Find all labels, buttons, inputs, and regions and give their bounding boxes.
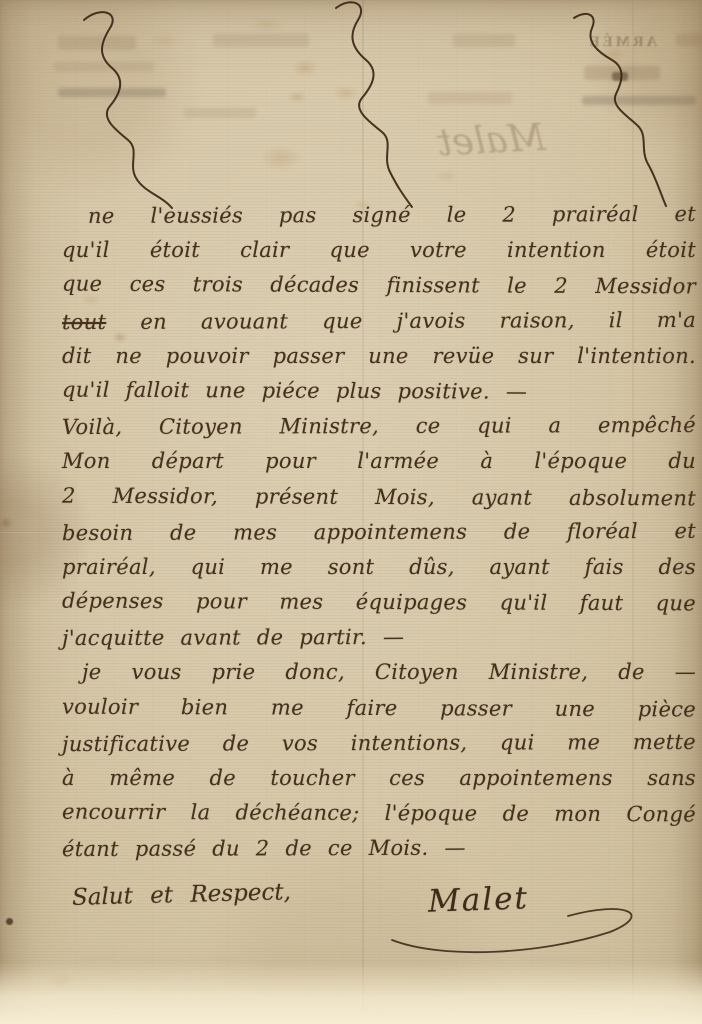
signature-name: Malet bbox=[427, 880, 529, 920]
letter-line: prairéal, qui me sont dûs, ayant fais de… bbox=[62, 550, 696, 585]
letter-line: Voilà, Citoyen Ministre, ce qui a empêch… bbox=[62, 408, 696, 445]
letter-line: besoin de mes appointemens de floréal et bbox=[62, 514, 696, 551]
closing-salutation: Salut et Respect, bbox=[72, 879, 291, 911]
letter-line: qu'il falloit une piéce plus positive. — bbox=[62, 373, 696, 411]
letter-line: vouloir bien me faire passer une pièce bbox=[62, 689, 696, 727]
ghost-print-smudge bbox=[58, 36, 136, 50]
ghost-rule-bar bbox=[58, 88, 166, 97]
stain bbox=[292, 60, 318, 76]
letter-line: Mon départ pour l'armée à l'époque du bbox=[62, 444, 696, 479]
stain bbox=[436, 170, 458, 182]
ghost-letterhead: ARMÉE Malet bbox=[0, 0, 702, 210]
letter-line: qu'il étoit clair que votre intention ét… bbox=[62, 233, 696, 268]
ghost-rule-bar bbox=[582, 96, 696, 105]
stain bbox=[288, 92, 306, 102]
letter-line: j'acquitte avant de partir. — bbox=[62, 619, 696, 656]
bottom-light-strip bbox=[0, 962, 702, 1024]
ghost-armee-text: ARMÉE bbox=[576, 34, 668, 54]
letter-scan-page: ARMÉE Malet ne l'eussiés pas signé le 2 … bbox=[0, 0, 702, 1024]
ghost-malet-script: Malet bbox=[385, 116, 548, 184]
ghost-print-smudge bbox=[428, 92, 512, 104]
stain bbox=[250, 18, 284, 32]
letter-line: encourrir la déchéance; l'époque de mon … bbox=[62, 795, 696, 833]
stain bbox=[602, 46, 626, 62]
ghost-print-smudge bbox=[184, 108, 256, 118]
letter-line: tout en avouant que j'avois raison, il m… bbox=[62, 302, 696, 339]
letter-line: ne l'eussiés pas signé le 2 prairéal et bbox=[62, 197, 696, 234]
ink-dot bbox=[6, 918, 13, 925]
stain bbox=[260, 146, 302, 170]
letter-line: dépenses pour mes équipages qu'il faut q… bbox=[62, 584, 696, 622]
struck-word: tout bbox=[62, 310, 106, 334]
ghost-print-smudge bbox=[676, 34, 702, 46]
ink-blot bbox=[612, 72, 628, 81]
letter-line-rest: en avouant que j'avois raison, il m'a bbox=[140, 307, 696, 333]
stain bbox=[333, 86, 359, 100]
letter-line: dit ne pouvoir passer une revüe sur l'in… bbox=[62, 339, 696, 374]
stain bbox=[46, 974, 76, 990]
letter-line: à même de toucher ces appointemens sans bbox=[62, 761, 696, 796]
ghost-print-smudge bbox=[213, 34, 309, 47]
stain bbox=[150, 34, 180, 48]
ghost-print-smudge bbox=[453, 34, 515, 47]
signature-flourish-icon bbox=[382, 900, 682, 970]
letter-line: 2 Messidor, présent Mois, ayant absolume… bbox=[62, 478, 696, 516]
letter-line: que ces trois décades finissent le 2 Mes… bbox=[62, 267, 696, 305]
ghost-print-smudge bbox=[54, 62, 154, 72]
ghost-print-smudge bbox=[584, 66, 660, 80]
cancellation-squiggles-icon bbox=[0, 0, 702, 230]
letter-body: ne l'eussiés pas signé le 2 prairéal et … bbox=[62, 198, 696, 867]
stain bbox=[0, 518, 12, 528]
letter-line: étant passé du 2 de ce Mois. — bbox=[62, 830, 696, 867]
letter-line: justificative de vos intentions, qui me … bbox=[62, 725, 696, 762]
letter-line: je vous prie donc, Citoyen Ministre, de … bbox=[62, 655, 696, 690]
